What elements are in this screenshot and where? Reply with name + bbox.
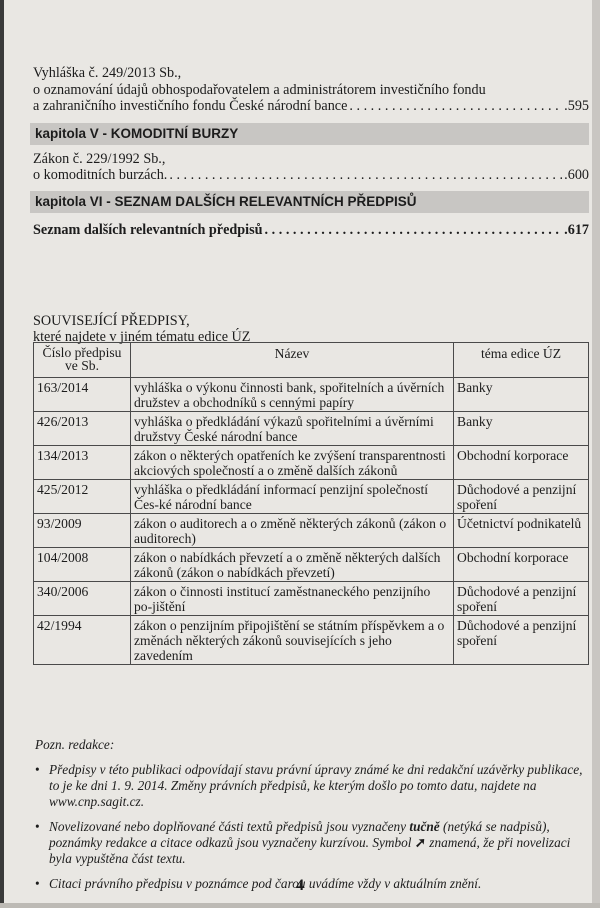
cell-topic: Důchodové a penzijní spoření xyxy=(454,582,589,616)
bullet-icon: • xyxy=(35,762,40,778)
cell-name: zákon o penzijním připojištění se státní… xyxy=(131,616,454,665)
notes-list: • Předpisy v této publikaci odpovídají s… xyxy=(35,762,589,892)
column-header-name: Název xyxy=(131,343,454,378)
table-row: 134/2013 zákon o některých opatřeních ke… xyxy=(34,446,589,480)
cell-topic: Důchodové a penzijní spoření xyxy=(454,480,589,514)
toc-entry-line: o komoditních burzách. .600 xyxy=(33,167,589,184)
cell-name: zákon o auditorech a o změně některých z… xyxy=(131,514,454,548)
toc-page-number: .600 xyxy=(564,167,589,184)
toc-entry-desc: o oznamování údajů obhospodařovatelem a … xyxy=(33,82,589,99)
toc-entry-595: Vyhláška č. 249/2013 Sb., o oznamování ú… xyxy=(33,65,589,115)
toc-entry-desc: o komoditních burzách. xyxy=(33,167,167,184)
table-of-contents: Vyhláška č. 249/2013 Sb., o oznamování ú… xyxy=(33,65,589,238)
note-text: Novelizované nebo doplňované části textů… xyxy=(49,819,409,834)
cell-name: vyhláška o předkládání výkazů spořitelní… xyxy=(131,412,454,446)
chapter-heading-v: kapitola V - KOMODITNÍ BURZY xyxy=(30,123,589,145)
cell-topic: Obchodní korporace xyxy=(454,548,589,582)
cell-topic: Banky xyxy=(454,378,589,412)
cell-number: 42/1994 xyxy=(34,616,131,665)
page-number: 4 xyxy=(0,877,600,895)
cell-name: zákon o nabídkách převzetí a o změně něk… xyxy=(131,548,454,582)
column-header-number: Číslo předpisu ve Sb. xyxy=(34,343,131,378)
cell-number: 93/2009 xyxy=(34,514,131,548)
cell-topic: Důchodové a penzijní spoření xyxy=(454,616,589,665)
toc-entry-title: Seznam dalších relevantních předpisů xyxy=(33,222,263,239)
related-title: SOUVISEJÍCÍ PŘEDPISY, xyxy=(33,313,250,329)
toc-page-number: .595 xyxy=(564,98,589,115)
toc-entry-title: Zákon č. 229/1992 Sb., xyxy=(33,151,589,168)
table-row: 42/1994 zákon o penzijním připojištění s… xyxy=(34,616,589,665)
related-regulations-table: Číslo předpisu ve Sb. Název téma edice Ú… xyxy=(33,342,589,665)
cell-topic: Banky xyxy=(454,412,589,446)
note-item: • Předpisy v této publikaci odpovídají s… xyxy=(35,762,589,810)
cell-number: 134/2013 xyxy=(34,446,131,480)
page-edge-left xyxy=(0,0,4,908)
column-header-topic: téma edice ÚZ xyxy=(454,343,589,378)
notes-heading: Pozn. redakce: xyxy=(35,737,589,753)
table-row: 340/2006 zákon o činnosti institucí zamě… xyxy=(34,582,589,616)
table-row: 163/2014 vyhláška o výkonu činnosti bank… xyxy=(34,378,589,412)
page-edge-right xyxy=(592,0,600,908)
note-item: • Novelizované nebo doplňované části tex… xyxy=(35,819,589,867)
note-bold-word: tučně xyxy=(409,819,439,834)
toc-entry-600: Zákon č. 229/1992 Sb., o komoditních bur… xyxy=(33,151,589,184)
cell-name: vyhláška o výkonu činnosti bank, spořite… xyxy=(131,378,454,412)
leader-dots xyxy=(265,222,563,239)
cell-number: 340/2006 xyxy=(34,582,131,616)
arrow-up-right-icon: ➚ xyxy=(415,835,426,850)
table-row: 426/2013 vyhláška o předkládání výkazů s… xyxy=(34,412,589,446)
note-text: Předpisy v této publikaci odpovídají sta… xyxy=(49,762,582,809)
cell-name: vyhláška o předkládání informací penzijn… xyxy=(131,480,454,514)
cell-number: 425/2012 xyxy=(34,480,131,514)
table-header-row: Číslo předpisu ve Sb. Název téma edice Ú… xyxy=(34,343,589,378)
cell-topic: Účetnictví podnikatelů xyxy=(454,514,589,548)
leader-dots xyxy=(169,167,562,184)
chapter-heading-vi: kapitola VI - SEZNAM DALŠÍCH RELEVANTNÍC… xyxy=(30,191,589,213)
table-row: 425/2012 vyhláška o předkládání informac… xyxy=(34,480,589,514)
cell-topic: Obchodní korporace xyxy=(454,446,589,480)
cell-number: 426/2013 xyxy=(34,412,131,446)
table-row: 93/2009 zákon o auditorech a o změně něk… xyxy=(34,514,589,548)
page-edge-bottom xyxy=(0,903,600,908)
toc-page-number: .617 xyxy=(564,222,589,239)
cell-number: 104/2008 xyxy=(34,548,131,582)
toc-entry-617: Seznam dalších relevantních předpisů .61… xyxy=(33,222,589,239)
bullet-icon: • xyxy=(35,819,40,835)
cell-name: zákon o některých opatřeních ke zvýšení … xyxy=(131,446,454,480)
table-row: 104/2008 zákon o nabídkách převzetí a o … xyxy=(34,548,589,582)
toc-entry-desc: a zahraničního investičního fondu České … xyxy=(33,98,347,115)
toc-entry-line: Seznam dalších relevantních předpisů .61… xyxy=(33,222,589,239)
toc-entry-line: a zahraničního investičního fondu České … xyxy=(33,98,589,115)
cell-name: zákon o činnosti institucí zaměstnanecké… xyxy=(131,582,454,616)
toc-entry-title: Vyhláška č. 249/2013 Sb., xyxy=(33,65,589,82)
related-section-title: SOUVISEJÍCÍ PŘEDPISY, které najdete v ji… xyxy=(33,313,250,345)
leader-dots xyxy=(349,98,562,115)
cell-number: 163/2014 xyxy=(34,378,131,412)
